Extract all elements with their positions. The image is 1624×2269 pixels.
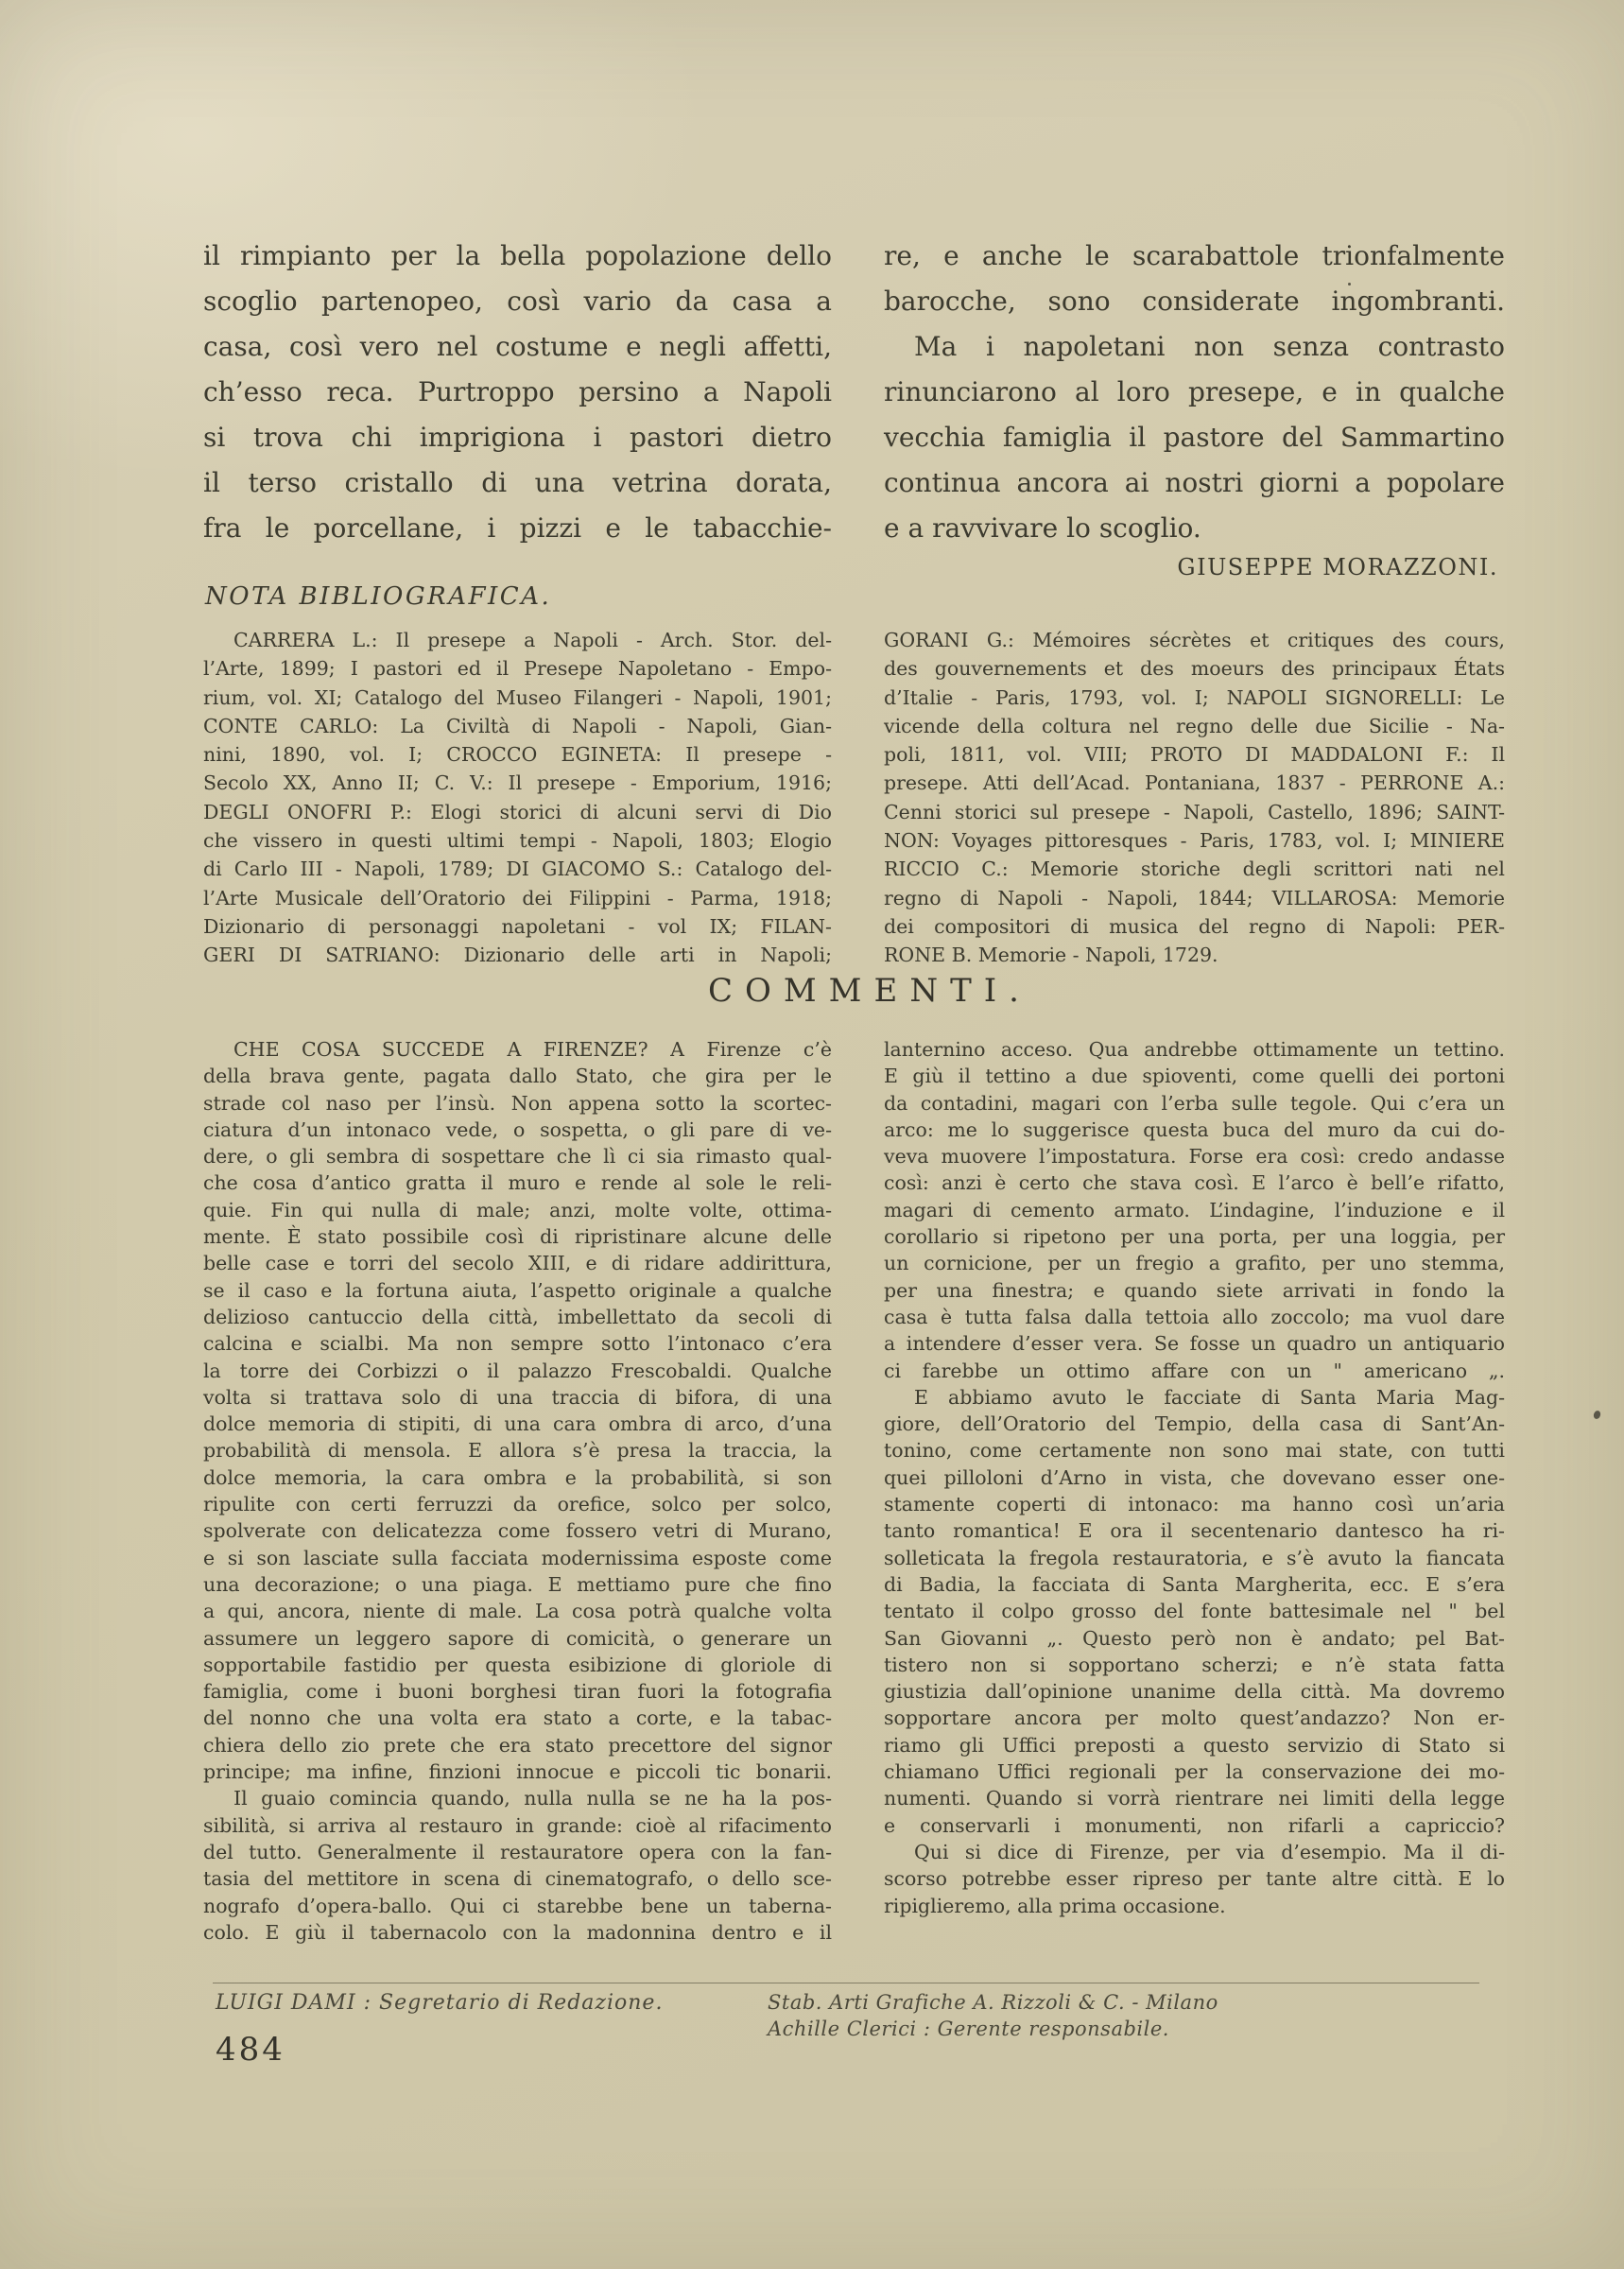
text-line: arco: me lo suggerisce questa buca del m… bbox=[884, 1117, 1505, 1143]
text-line: volta si trattava solo di una traccia di… bbox=[203, 1384, 832, 1411]
text-line: ch’esso reca. Purtroppo persino a Napoli bbox=[203, 370, 832, 415]
text-line: a qui, ancora, niente di male. La cosa p… bbox=[203, 1598, 832, 1624]
text-line: ripiglieremo, alla prima occasione. bbox=[884, 1893, 1505, 1919]
text-line: così: anzi è certo che stava così. E l’a… bbox=[884, 1169, 1505, 1196]
text-line: ripulite con certi ferruzzi da orefice, … bbox=[203, 1491, 832, 1517]
page-number: 484 bbox=[216, 2031, 285, 2069]
text-line: famiglia, come i buoni borghesi tiran fu… bbox=[203, 1678, 832, 1705]
text-line: calcina e scialbi. Ma non sempre sotto l… bbox=[203, 1330, 832, 1357]
text-line: GORANI G.: Mémoires sécrètes et critique… bbox=[884, 626, 1505, 654]
footer-editor: LUIGI DAMI : Segretario di Redazione. bbox=[216, 1991, 663, 2015]
text-line: chiamano Uffici regionali per la conserv… bbox=[884, 1758, 1505, 1785]
text-line: nini, 1890, vol. I; CROCCO EGINETA: Il p… bbox=[203, 740, 832, 769]
text-line: casa, così vero nel costume e negli affe… bbox=[203, 324, 832, 370]
text-line: d’Italie - Paris, 1793, vol. I; NAPOLI S… bbox=[884, 684, 1505, 712]
text-line: un cornicione, per un fregio a grafito, … bbox=[884, 1250, 1505, 1276]
text-line: RICCIO C.: Memorie storiche degli scritt… bbox=[884, 855, 1505, 883]
article-right-column: re, e anche le scarabattole trionfalment… bbox=[884, 234, 1505, 551]
text-line: quie. Fin qui nulla di male; anzi, molte… bbox=[203, 1197, 832, 1223]
footer-manager: Achille Clerici : Gerente responsabile. bbox=[768, 2016, 1218, 2042]
text-line: Ma i napoletani non senza contrasto bbox=[884, 324, 1505, 370]
text-line: E giù il tettino a due spioventi, come q… bbox=[884, 1063, 1505, 1089]
text-line: barocche, sono considerate ingombranti. bbox=[884, 279, 1505, 324]
text-line: l’Arte Musicale dell’Oratorio dei Filipp… bbox=[203, 884, 832, 912]
footer-divider bbox=[213, 1983, 1479, 1983]
text-line: dolce memoria di stipiti, di una cara om… bbox=[203, 1411, 832, 1437]
bibliography-left-column: CARRERA L.: Il presepe a Napoli - Arch. … bbox=[203, 626, 832, 970]
text-line: che vissero in questi ultimi tempi - Nap… bbox=[203, 826, 832, 855]
text-line: CHE COSA SUCCEDE A FIRENZE? A Firenze c’… bbox=[203, 1036, 832, 1063]
text-line: scoglio partenopeo, così vario da casa a bbox=[203, 279, 832, 324]
text-line: tasia del mettitore in scena di cinemato… bbox=[203, 1865, 832, 1892]
text-line: di Badia, la facciata di Santa Margherit… bbox=[884, 1571, 1505, 1598]
text-line: presepe. Atti dell’Acad. Pontaniana, 183… bbox=[884, 769, 1505, 797]
ink-speck bbox=[1348, 283, 1351, 286]
text-line: vicende della coltura nel regno delle du… bbox=[884, 712, 1505, 740]
text-line: dolce memoria, la cara ombra e la probab… bbox=[203, 1464, 832, 1491]
bibliography-heading: NOTA BIBLIOGRAFICA. bbox=[205, 582, 551, 611]
text-line: E abbiamo avuto le facciate di Santa Mar… bbox=[884, 1384, 1505, 1411]
text-line: CARRERA L.: Il presepe a Napoli - Arch. … bbox=[203, 626, 832, 654]
author-signature: GIUSEPPE MORAZZONI. bbox=[884, 554, 1498, 580]
text-line: ci farebbe un ottimo affare con un " ame… bbox=[884, 1358, 1505, 1384]
text-line: numenti. Quando si vorrà rientrare nei l… bbox=[884, 1785, 1505, 1811]
text-line: sopportabile fastidio per questa esibizi… bbox=[203, 1652, 832, 1678]
text-line: CONTE CARLO: La Civiltà di Napoli - Napo… bbox=[203, 712, 832, 740]
bibliography-right-column: GORANI G.: Mémoires sécrètes et critique… bbox=[884, 626, 1505, 970]
text-line: casa è tutta falsa dalla tettoia allo zo… bbox=[884, 1304, 1505, 1330]
text-line: della brava gente, pagata dallo Stato, c… bbox=[203, 1063, 832, 1089]
commenti-left-column: CHE COSA SUCCEDE A FIRENZE? A Firenze c’… bbox=[203, 1036, 832, 1946]
text-line: l’Arte, 1899; I pastori ed il Presepe Na… bbox=[203, 654, 832, 683]
text-line: probabilità di mensola. E allora s’è pre… bbox=[203, 1437, 832, 1464]
text-line: regno di Napoli - Napoli, 1844; VILLAROS… bbox=[884, 884, 1505, 912]
text-line: principe; ma infine, finzioni innocue e … bbox=[203, 1758, 832, 1785]
text-line: tanto romantica! E ora il secentenario d… bbox=[884, 1517, 1505, 1544]
text-line: di Carlo III - Napoli, 1789; DI GIACOMO … bbox=[203, 855, 832, 883]
text-line: continua ancora ai nostri giorni a popol… bbox=[884, 460, 1505, 506]
text-line: corollario si ripetono per una porta, pe… bbox=[884, 1223, 1505, 1250]
text-line: il terso cristallo di una vetrina dorata… bbox=[203, 460, 832, 506]
text-line: tistero non si sopportano scherzi; e n’è… bbox=[884, 1652, 1505, 1678]
text-line: giore, dell’Oratorio del Tempio, della c… bbox=[884, 1411, 1505, 1437]
text-line: solleticata la fregola restauratoria, e … bbox=[884, 1545, 1505, 1571]
text-line: e si son lasciate sulla facciata moderni… bbox=[203, 1545, 832, 1571]
text-line: e a ravvivare lo scoglio. bbox=[884, 506, 1505, 551]
commenti-right-column: lanternino acceso. Qua andrebbe ottimame… bbox=[884, 1036, 1505, 1919]
text-line: vecchia famiglia il pastore del Sammarti… bbox=[884, 415, 1505, 460]
text-line: Cenni storici sul presepe - Napoli, Cast… bbox=[884, 798, 1505, 826]
text-line: una decorazione; o una piaga. E mettiamo… bbox=[203, 1571, 832, 1598]
text-line: quei pilloloni d’Arno in vista, che dove… bbox=[884, 1464, 1505, 1491]
text-line: poli, 1811, vol. VIII; PROTO DI MADDALON… bbox=[884, 740, 1505, 769]
text-line: strade col naso per l’insù. Non appena s… bbox=[203, 1090, 832, 1117]
text-line: colo. E giù il tabernacolo con la madonn… bbox=[203, 1919, 832, 1946]
text-line: magari di cemento armato. L’indagine, l’… bbox=[884, 1197, 1505, 1223]
text-line: fra le porcellane, i pizzi e le tabacchi… bbox=[203, 506, 832, 551]
text-line: mente. È stato possibile così di riprist… bbox=[203, 1223, 832, 1250]
text-line: dei compositori di musica del regno di N… bbox=[884, 912, 1505, 941]
text-line: e conservarli i monumenti, non rifarli a… bbox=[884, 1812, 1505, 1839]
text-line: scorso potrebbe esser ripreso per tante … bbox=[884, 1865, 1505, 1892]
text-line: lanternino acceso. Qua andrebbe ottimame… bbox=[884, 1036, 1505, 1063]
text-line: Il guaio comincia quando, nulla nulla se… bbox=[203, 1785, 832, 1811]
text-line: nografo d’opera-ballo. Qui ci starebbe b… bbox=[203, 1893, 832, 1919]
text-line: Secolo XX, Anno II; C. V.: Il presepe - … bbox=[203, 769, 832, 797]
text-line: spolverate con delicatezza come fossero … bbox=[203, 1517, 832, 1544]
footer-imprint: Stab. Arti Grafiche A. Rizzoli & C. - Mi… bbox=[768, 1989, 1218, 2042]
footer-printer: Stab. Arti Grafiche A. Rizzoli & C. - Mi… bbox=[768, 1989, 1218, 2016]
text-line: giustizia dall’opinione unanime della ci… bbox=[884, 1678, 1505, 1705]
text-line: Qui si dice di Firenze, per via d’esempi… bbox=[884, 1839, 1505, 1865]
text-line: delizioso cantuccio della città, imbelle… bbox=[203, 1304, 832, 1330]
text-line: si trova chi imprigiona i pastori dietro bbox=[203, 415, 832, 460]
text-line: del nonno che una volta era stato a cort… bbox=[203, 1705, 832, 1731]
article-left-column: il rimpianto per la bella popolazione de… bbox=[203, 234, 832, 551]
text-line: stamente coperti di intonaco: ma hanno c… bbox=[884, 1491, 1505, 1517]
scanned-page: il rimpianto per la bella popolazione de… bbox=[0, 0, 1624, 2269]
text-line: re, e anche le scarabattole trionfalment… bbox=[884, 234, 1505, 279]
text-line: San Giovanni „. Questo però non è andato… bbox=[884, 1625, 1505, 1652]
text-line: des gouvernements et des moeurs des prin… bbox=[884, 654, 1505, 683]
text-line: rium, vol. XI; Catalogo del Museo Filang… bbox=[203, 684, 832, 712]
text-line: tentato il colpo grosso del fonte battes… bbox=[884, 1598, 1505, 1624]
text-line: NON: Voyages pittoresques - Paris, 1783,… bbox=[884, 826, 1505, 855]
text-line: se il caso e la fortuna aiuta, l’aspetto… bbox=[203, 1277, 832, 1304]
text-line: belle case e torri del secolo XIII, e di… bbox=[203, 1250, 832, 1276]
text-line: il rimpianto per la bella popolazione de… bbox=[203, 234, 832, 279]
text-line: ciatura d’un intonaco vede, o sospetta, … bbox=[203, 1117, 832, 1143]
text-line: dere, o gli sembra di sospettare che lì … bbox=[203, 1143, 832, 1169]
text-line: sopportare ancora per molto quest’andazz… bbox=[884, 1705, 1505, 1731]
commenti-heading: COMMENTI. bbox=[203, 972, 1536, 1010]
text-line: a intendere d’esser vera. Se fosse un qu… bbox=[884, 1330, 1505, 1357]
text-line: sibilità, si arriva al restauro in grand… bbox=[203, 1812, 832, 1839]
text-line: DEGLI ONOFRI P.: Elogi storici di alcuni… bbox=[203, 798, 832, 826]
text-line: da contadini, magari con l’erba sulle te… bbox=[884, 1090, 1505, 1117]
text-line: RONE B. Memorie - Napoli, 1729. bbox=[884, 941, 1505, 969]
text-line: chiera dello zio prete che era stato pre… bbox=[203, 1732, 832, 1758]
text-line: tonino, come certamente non sono mai sta… bbox=[884, 1437, 1505, 1464]
text-line: riamo gli Uffici preposti a questo servi… bbox=[884, 1732, 1505, 1758]
text-line: la torre dei Corbizzi o il palazzo Fresc… bbox=[203, 1358, 832, 1384]
text-line: del tutto. Generalmente il restauratore … bbox=[203, 1839, 832, 1865]
text-line: per una finestra; e quando siete arrivat… bbox=[884, 1277, 1505, 1304]
text-line: veva muovere l’impostatura. Forse era co… bbox=[884, 1143, 1505, 1169]
text-line: Dizionario di personaggi napoletani - vo… bbox=[203, 912, 832, 941]
text-line: che cosa d’antico gratta il muro e rende… bbox=[203, 1169, 832, 1196]
ink-speck bbox=[1593, 1410, 1602, 1420]
text-line: rinunciarono al loro presepe, e in qualc… bbox=[884, 370, 1505, 415]
text-line: assumere un leggero sapore di comicità, … bbox=[203, 1625, 832, 1652]
text-line: GERI DI SATRIANO: Dizionario delle arti … bbox=[203, 941, 832, 969]
